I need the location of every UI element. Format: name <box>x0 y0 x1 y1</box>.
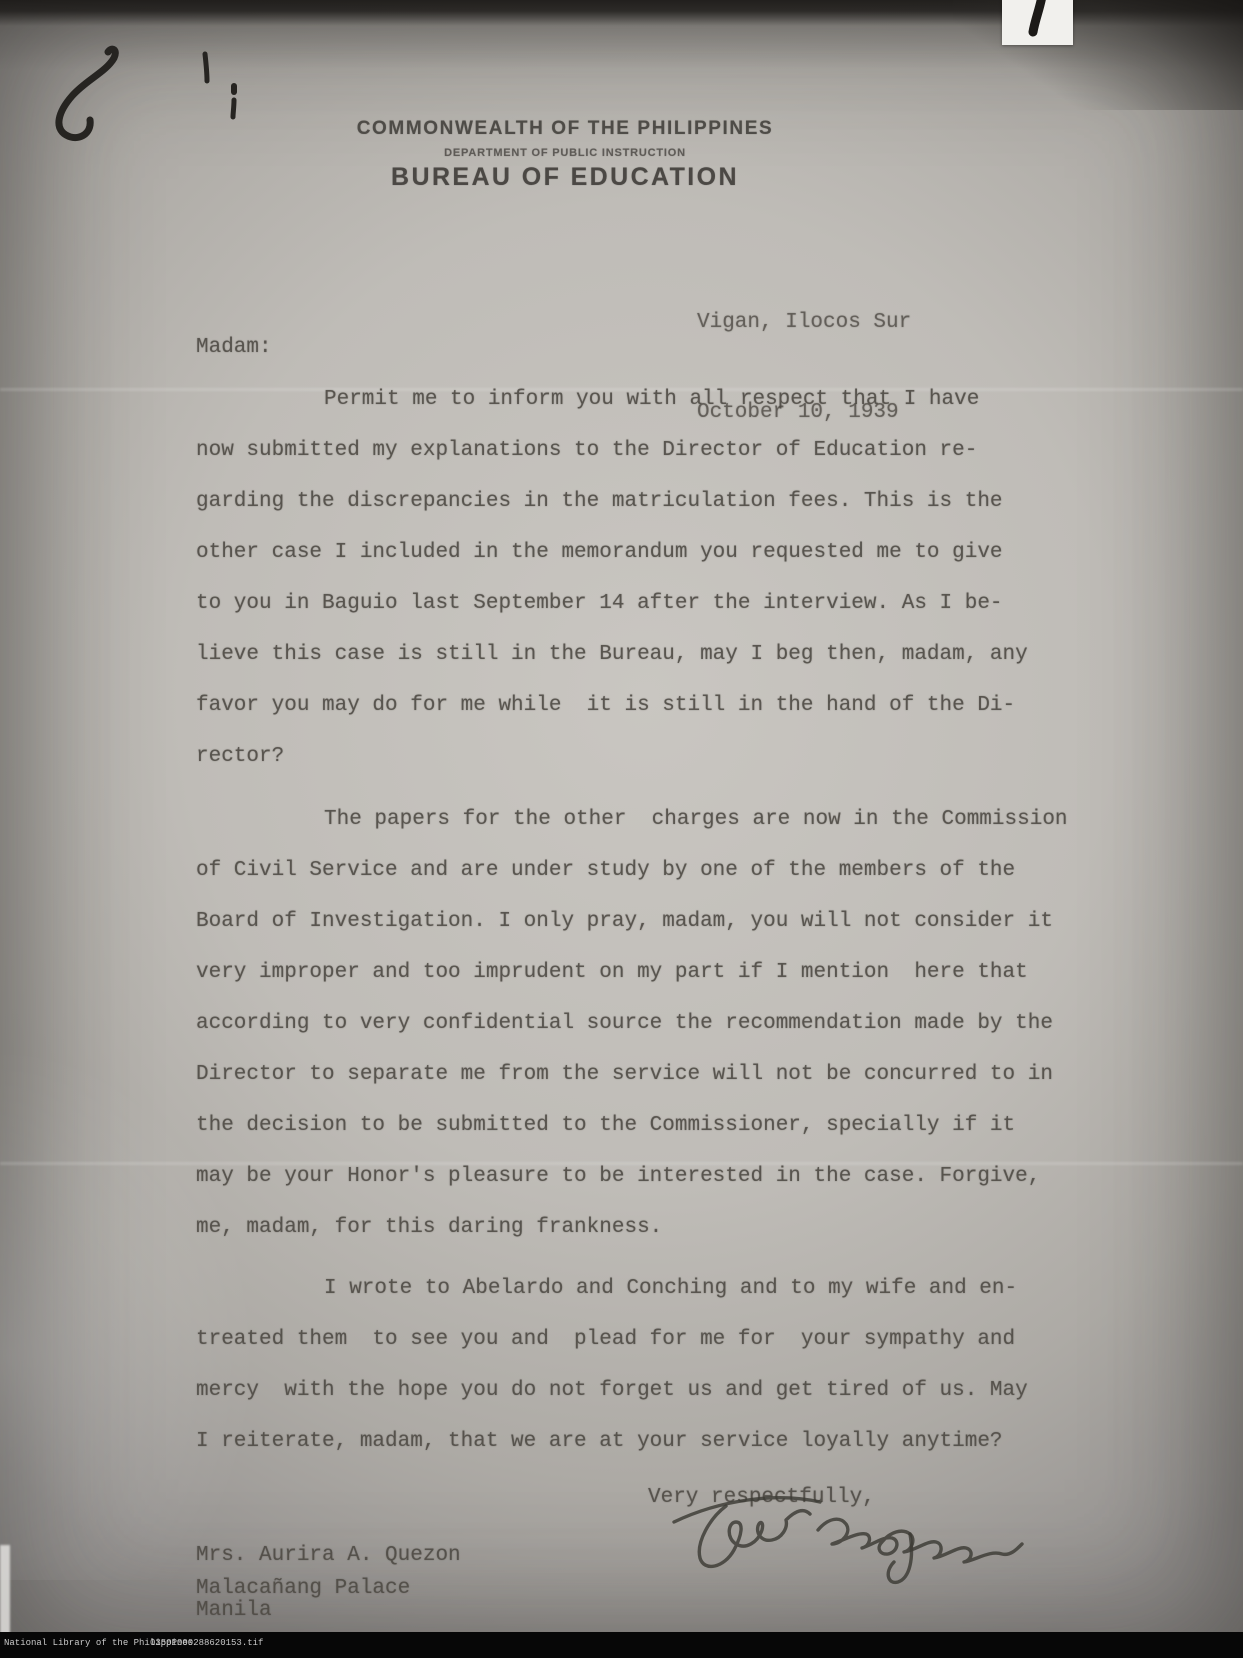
body-line: other case I included in the memorandum … <box>196 527 1096 578</box>
letterhead: COMMONWEALTH OF THE PHILIPPINES DEPARTME… <box>285 118 845 192</box>
body-line: Permit me to inform you with all respect… <box>196 374 1096 425</box>
paragraph-1: Permit me to inform you with all respect… <box>196 374 1096 782</box>
body-line: the decision to be submitted to the Comm… <box>196 1100 1096 1151</box>
pen-stroke-icon <box>1002 0 1073 45</box>
body-line: I wrote to Abelardo and Conching and to … <box>196 1263 1096 1314</box>
scanned-letter-page: COMMONWEALTH OF THE PHILIPPINES DEPARTME… <box>0 0 1243 1658</box>
body-line: according to very confidential source th… <box>196 998 1096 1049</box>
body-line: lieve this case is still in the Bureau, … <box>196 629 1096 680</box>
scan-footer-bar: National Library of the Philippines 0350… <box>0 1632 1243 1658</box>
body-line: Board of Investigation. I only pray, mad… <box>196 896 1096 947</box>
letterhead-bureau: BUREAU OF EDUCATION <box>285 163 845 192</box>
recipient-city: Manila <box>196 1598 461 1623</box>
body-line: now submitted my explanations to the Dir… <box>196 425 1096 476</box>
page-corner-tab <box>1002 0 1073 45</box>
recipient-name: Mrs. Aurira A. Quezon <box>196 1543 461 1568</box>
body-line: garding the discrepancies in the matricu… <box>196 476 1096 527</box>
body-line: may be your Honor's pleasure to be inter… <box>196 1151 1096 1202</box>
body-line: rector? <box>196 731 1096 782</box>
handwritten-ink-tick <box>196 50 216 91</box>
scan-left-edge-sliver <box>0 1545 10 1635</box>
dateline-place: Vigan, Ilocos Sur <box>697 308 911 338</box>
body-line: Director to separate me from the service… <box>196 1049 1096 1100</box>
body-line: favor you may do for me while it is stil… <box>196 680 1096 731</box>
handwritten-ink-flourish <box>46 42 136 152</box>
body-line: very improper and too imprudent on my pa… <box>196 947 1096 998</box>
body-line: mercy with the hope you do not forget us… <box>196 1365 1096 1416</box>
letter-body: Madam: Permit me to inform you with all … <box>196 336 1096 1523</box>
body-line: treated them to see you and plead for me… <box>196 1314 1096 1365</box>
body-line: me, madam, for this daring frankness. <box>196 1202 1096 1253</box>
letterhead-department: DEPARTMENT OF PUBLIC INSTRUCTION <box>285 147 845 159</box>
salutation: Madam: <box>196 336 1096 374</box>
paragraph-2: The papers for the other charges are now… <box>196 794 1096 1253</box>
signature <box>668 1478 1028 1588</box>
body-line: I reiterate, madam, that we are at your … <box>196 1416 1096 1467</box>
signature-handwriting <box>668 1478 1028 1588</box>
letterhead-commonwealth: COMMONWEALTH OF THE PHILIPPINES <box>285 118 845 140</box>
body-line: The papers for the other charges are now… <box>196 794 1096 845</box>
handwritten-ink-dot-stroke <box>224 82 244 127</box>
footer-filename: 0350P000288620153.tif <box>150 1638 263 1648</box>
scan-top-right-shadow <box>953 0 1243 110</box>
paragraph-3: I wrote to Abelardo and Conching and to … <box>196 1263 1096 1467</box>
body-line: to you in Baguio last September 14 after… <box>196 578 1096 629</box>
recipient-address: Mrs. Aurira A. Quezon Malacañang Palace … <box>196 1543 461 1623</box>
body-line: of Civil Service and are under study by … <box>196 845 1096 896</box>
